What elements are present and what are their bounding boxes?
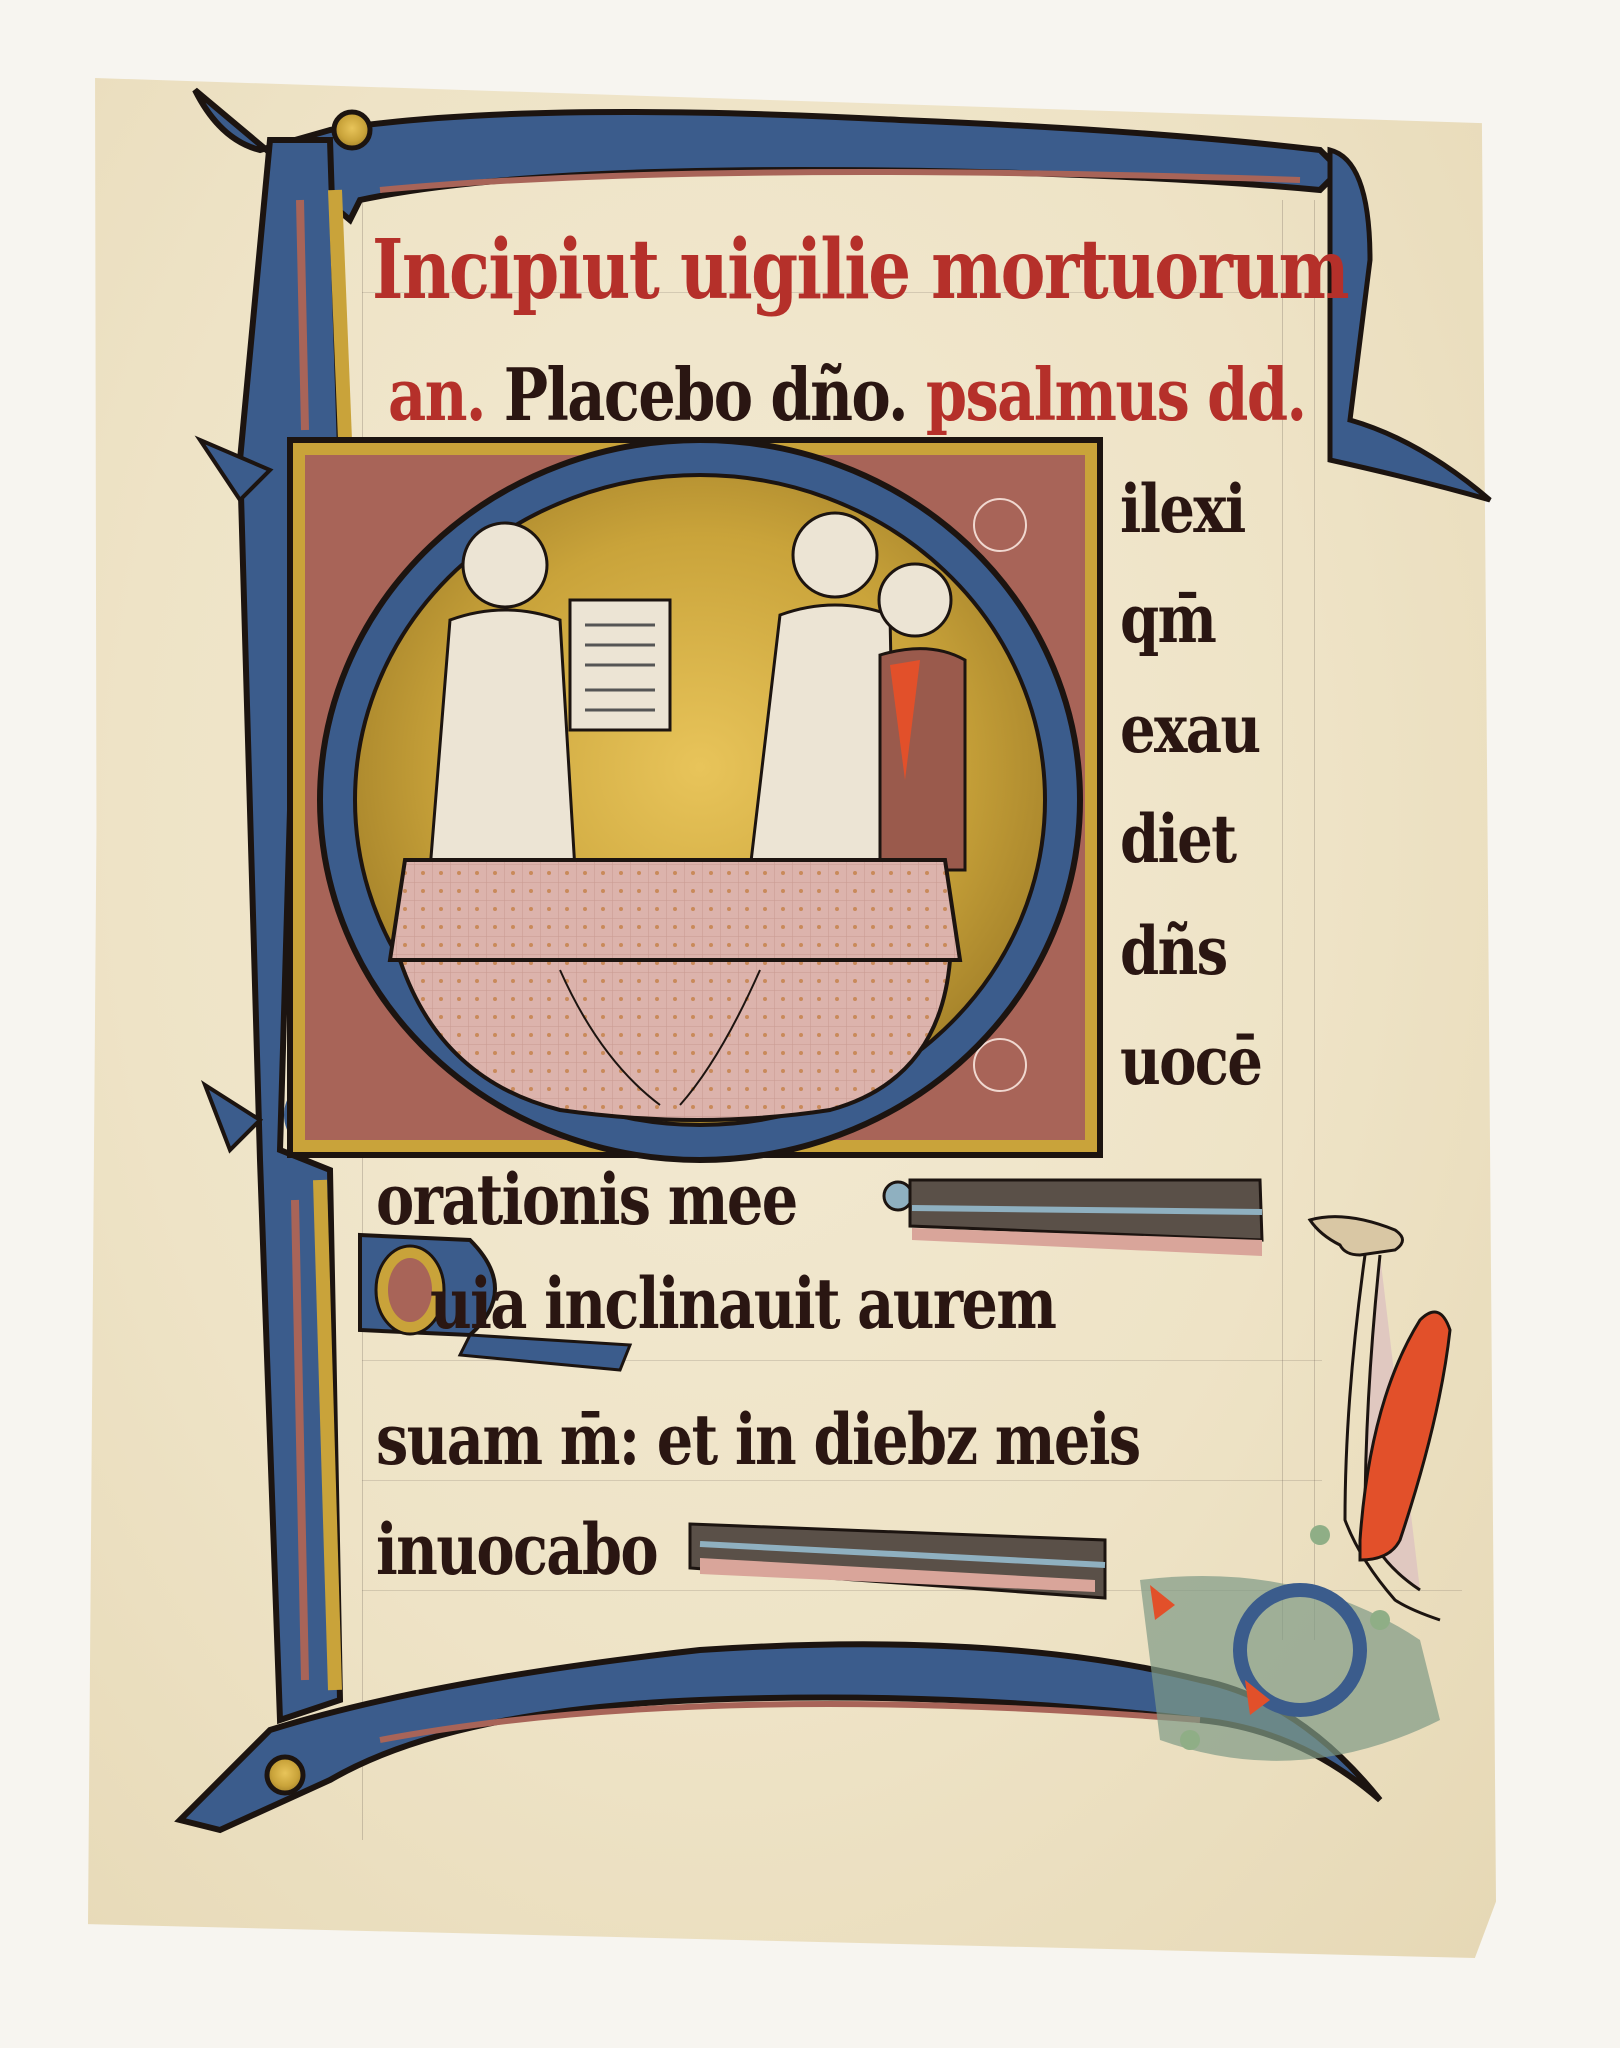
column-word: uocē — [1120, 1022, 1261, 1100]
antiphon-line: an. Placebo dño. psalmus dd. — [388, 352, 1305, 437]
column-word: diet — [1120, 800, 1235, 878]
antiphon-rubric: an. — [388, 352, 485, 437]
text-line: suam m̄: et in diebz meis — [376, 1398, 1140, 1481]
line-filler-icon — [690, 1524, 1105, 1598]
border-top-bar-icon — [195, 90, 1340, 220]
psalm-rubric: psalmus dd. — [926, 352, 1305, 437]
rubric-heading: Incipiut uigilie mortuorum — [372, 222, 1348, 318]
incipit-text: Placebo dño. — [504, 352, 907, 437]
column-word: ilexi — [1120, 470, 1245, 548]
gold-boss-icon — [334, 112, 370, 148]
text-line: inuocabo — [376, 1508, 657, 1591]
text-line: uia inclinauit aurem — [430, 1262, 1055, 1345]
historiated-initial-d — [290, 440, 1100, 1160]
border-right-flourish-icon — [1330, 150, 1490, 500]
column-word: exau — [1120, 690, 1259, 768]
bird-grotesque-icon — [1310, 1217, 1450, 1620]
line-filler-icon — [884, 1180, 1262, 1256]
column-word: dñs — [1120, 912, 1227, 990]
column-word: qm̄ — [1120, 580, 1215, 658]
open-book-icon — [570, 600, 670, 730]
text-line: orationis mee — [376, 1158, 797, 1241]
